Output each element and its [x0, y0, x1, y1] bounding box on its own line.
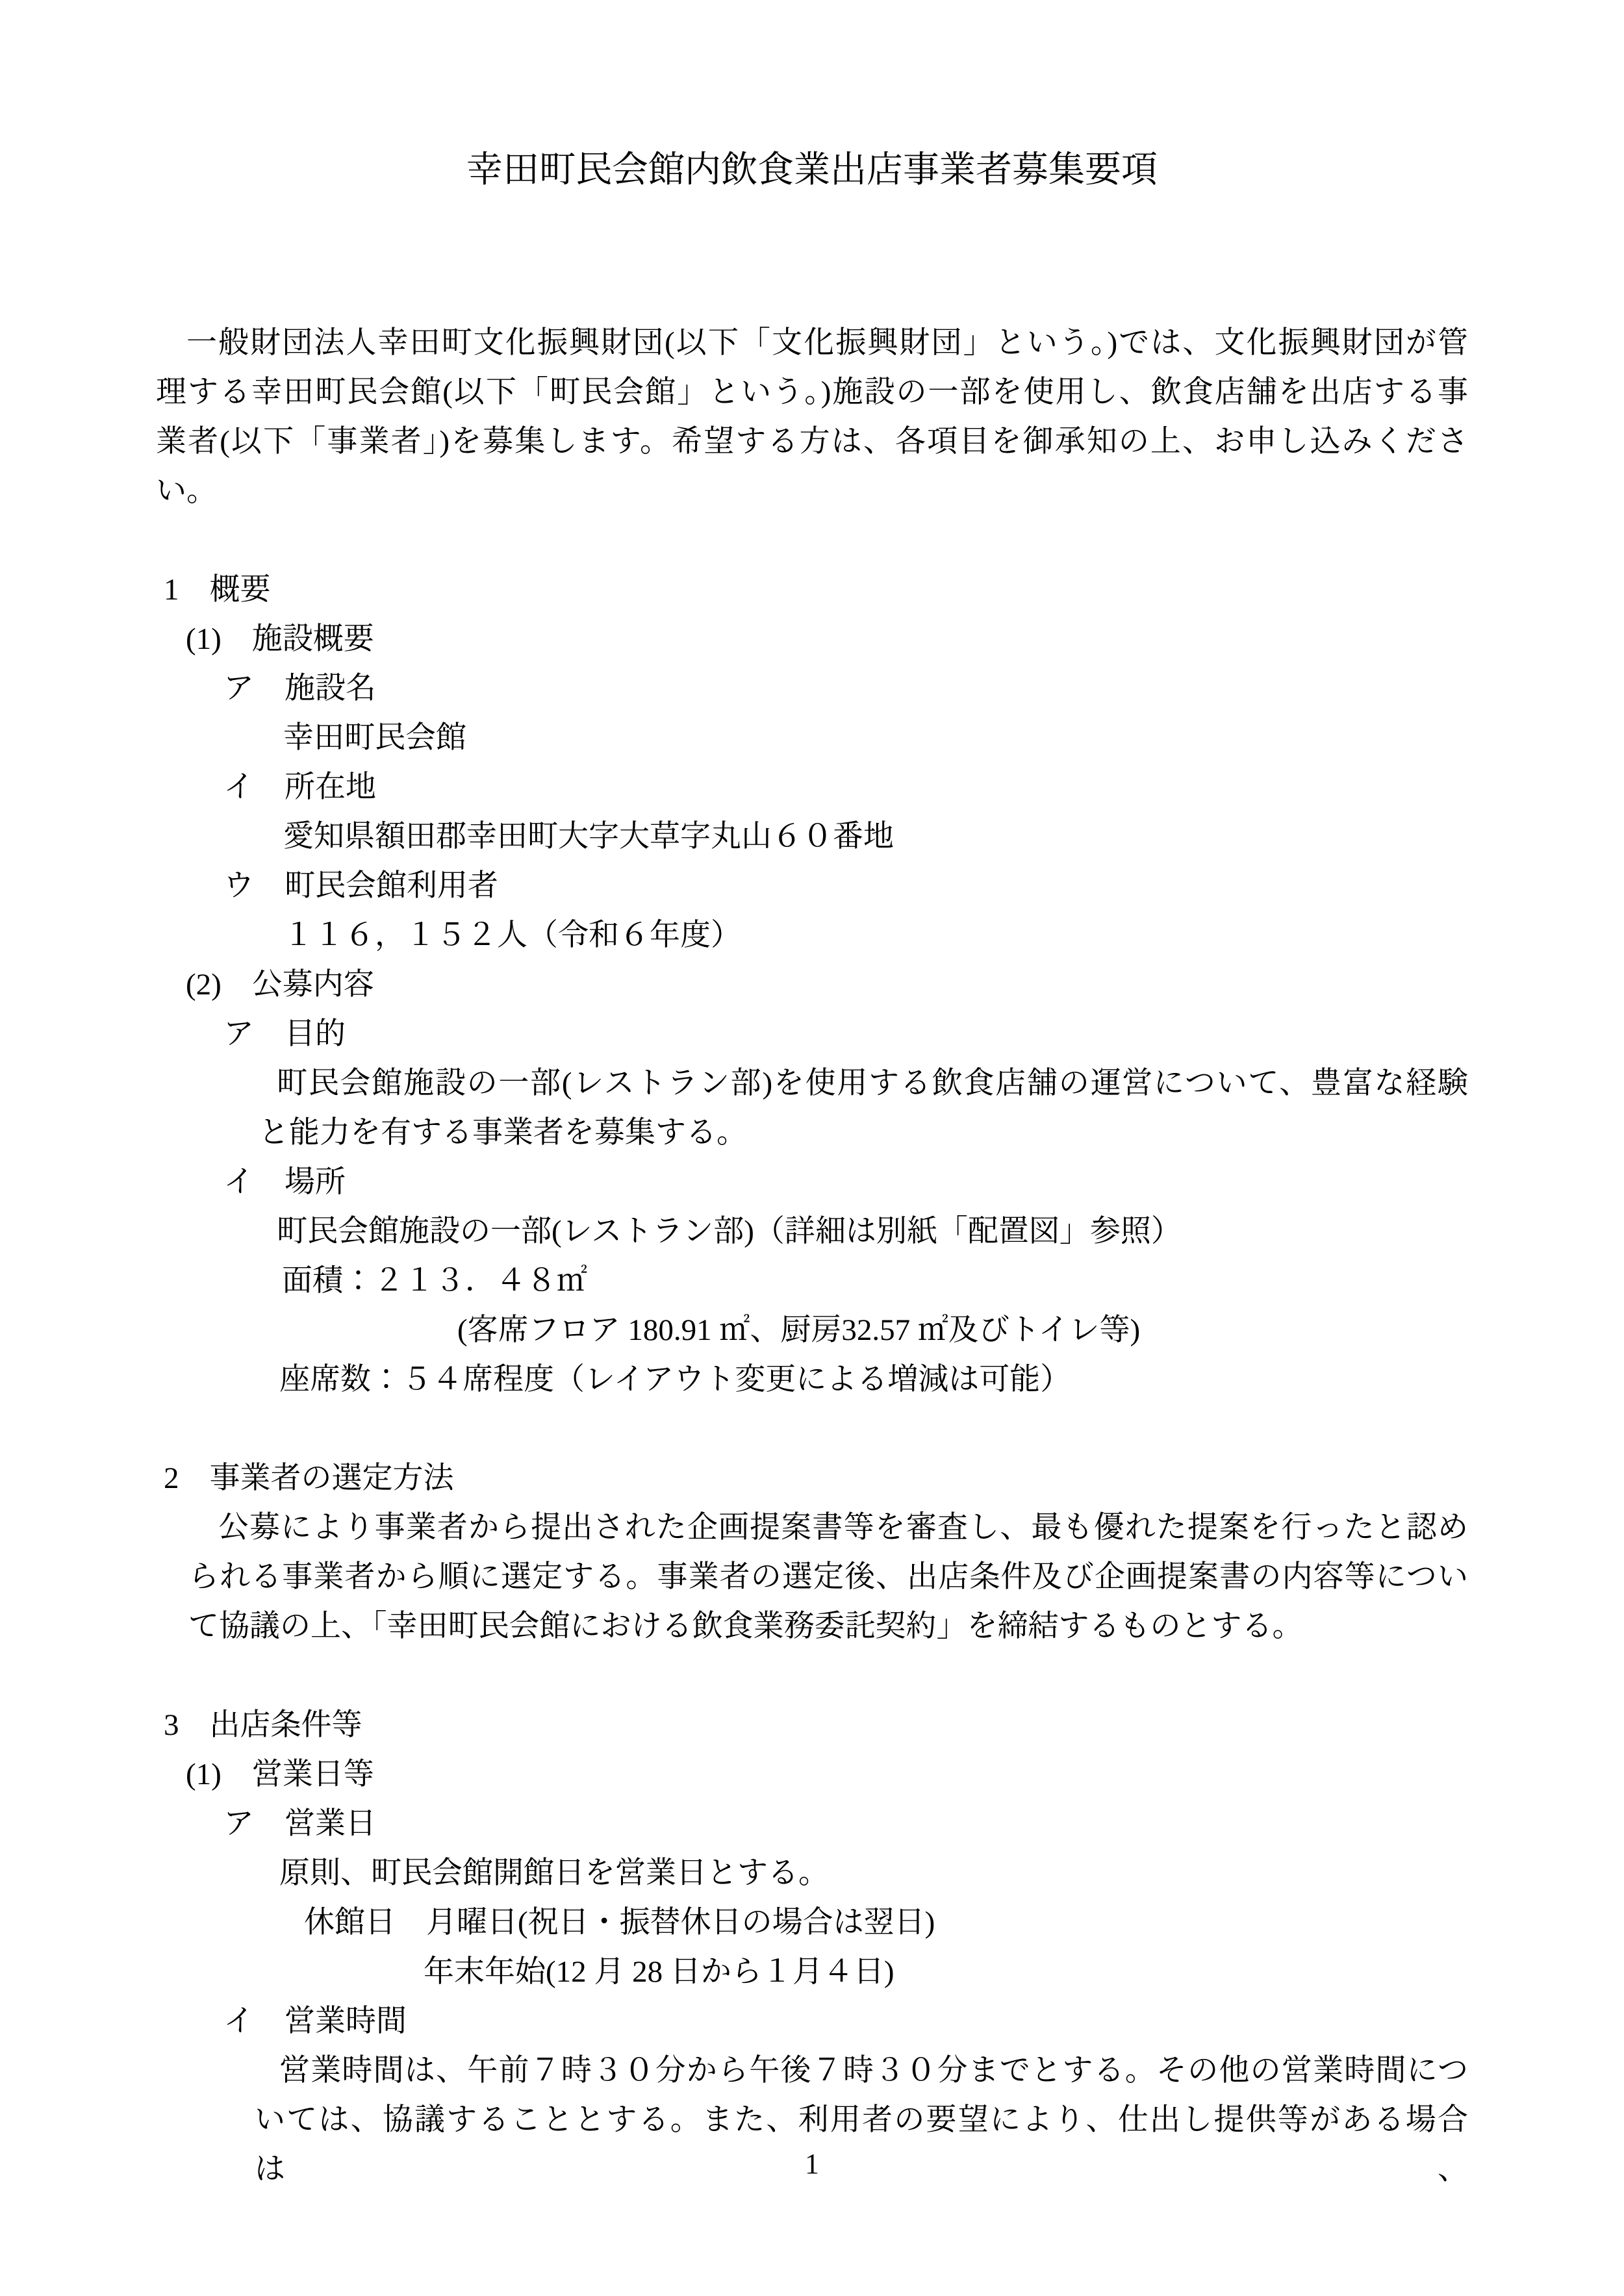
blank-line	[156, 1404, 1468, 1454]
text-line: (2) 公募内容	[156, 960, 1468, 1009]
text-line: ウ 町民会館利用者	[156, 861, 1468, 911]
text-line: 町民会館施設の一部(レストラン部)（詳細は別紙「配置図」参照）	[156, 1207, 1468, 1256]
text-line: 町民会館施設の一部(レストラン部)を使用する飲食店舗の運営について、豊富な経験	[156, 1059, 1468, 1108]
text-line: 公募により事業者から提出された企画提案書等を審査し、最も優れた提案を行ったと認め	[156, 1503, 1468, 1552]
document-body: 一般財団法人幸田町文化振興財団(以下「文化振興財団」という。)では、文化振興財団…	[156, 318, 1468, 2145]
text-line: い。	[156, 466, 1468, 516]
text-line: られる事業者から順に選定する。事業者の選定後、出店条件及び企画提案書の内容等につ…	[156, 1552, 1468, 1602]
text-line: イ 場所	[156, 1157, 1468, 1207]
text-line: 面積：２１３．４８㎡	[156, 1256, 1468, 1306]
text-line: と能力を有する事業者を募集する。	[156, 1108, 1468, 1157]
text-line: 業者(以下「事業者」)を募集します。希望する方は、各項目を御承知の上、お申し込み…	[156, 417, 1468, 466]
text-line: 営業時間は、午前７時３０分から午後７時３０分までとする。その他の営業時間につ	[156, 2046, 1468, 2095]
text-line: 愛知県額田郡幸田町大字大草字丸山６０番地	[156, 812, 1468, 861]
text-line: 幸田町民会館	[156, 713, 1468, 763]
text-line: て協議の上、「幸田町民会館における飲食業務委託契約」を締結するものとする。	[156, 1602, 1468, 1651]
page-number: 1	[0, 2145, 1624, 2184]
text-line: いては、協議することとする。また、利用者の要望により、仕出し提供等がある場合は、	[156, 2095, 1468, 2145]
text-line: １１６，１５２人（令和６年度）	[156, 911, 1468, 960]
text-line: 理する幸田町民会館(以下「町民会館」という。)施設の一部を使用し、飲食店舗を出店…	[156, 368, 1468, 417]
text-line: 1 概要	[156, 565, 1468, 614]
text-line: 座席数：５４席程度（レイアウト変更による増減は可能）	[156, 1355, 1468, 1404]
text-line: ア 営業日	[156, 1799, 1468, 1848]
text-line: ア 施設名	[156, 664, 1468, 713]
text-line: 休館日 月曜日(祝日・振替休日の場合は翌日)	[156, 1898, 1468, 1947]
text-line: イ 営業時間	[156, 1997, 1468, 2046]
blank-line	[156, 516, 1468, 565]
text-line: 年末年始(12 月 28 日から１月４日)	[156, 1947, 1468, 1997]
text-line: (客席フロア 180.91 ㎡、厨房32.57 ㎡及びトイレ等)	[156, 1306, 1468, 1355]
document-page: 幸田町民会館内飲食業出店事業者募集要項 一般財団法人幸田町文化振興財団(以下「文…	[0, 0, 1624, 2296]
blank-line	[156, 1651, 1468, 1700]
text-line: 2 事業者の選定方法	[156, 1454, 1468, 1503]
text-line: イ 所在地	[156, 763, 1468, 812]
text-line: 原則、町民会館開館日を営業日とする。	[156, 1848, 1468, 1898]
text-line: (1) 施設概要	[156, 614, 1468, 664]
text-line: ア 目的	[156, 1009, 1468, 1059]
text-line: 一般財団法人幸田町文化振興財団(以下「文化振興財団」という。)では、文化振興財団…	[156, 318, 1468, 368]
text-line: 3 出店条件等	[156, 1700, 1468, 1750]
document-title: 幸田町民会館内飲食業出店事業者募集要項	[156, 145, 1468, 195]
text-line: (1) 営業日等	[156, 1750, 1468, 1799]
